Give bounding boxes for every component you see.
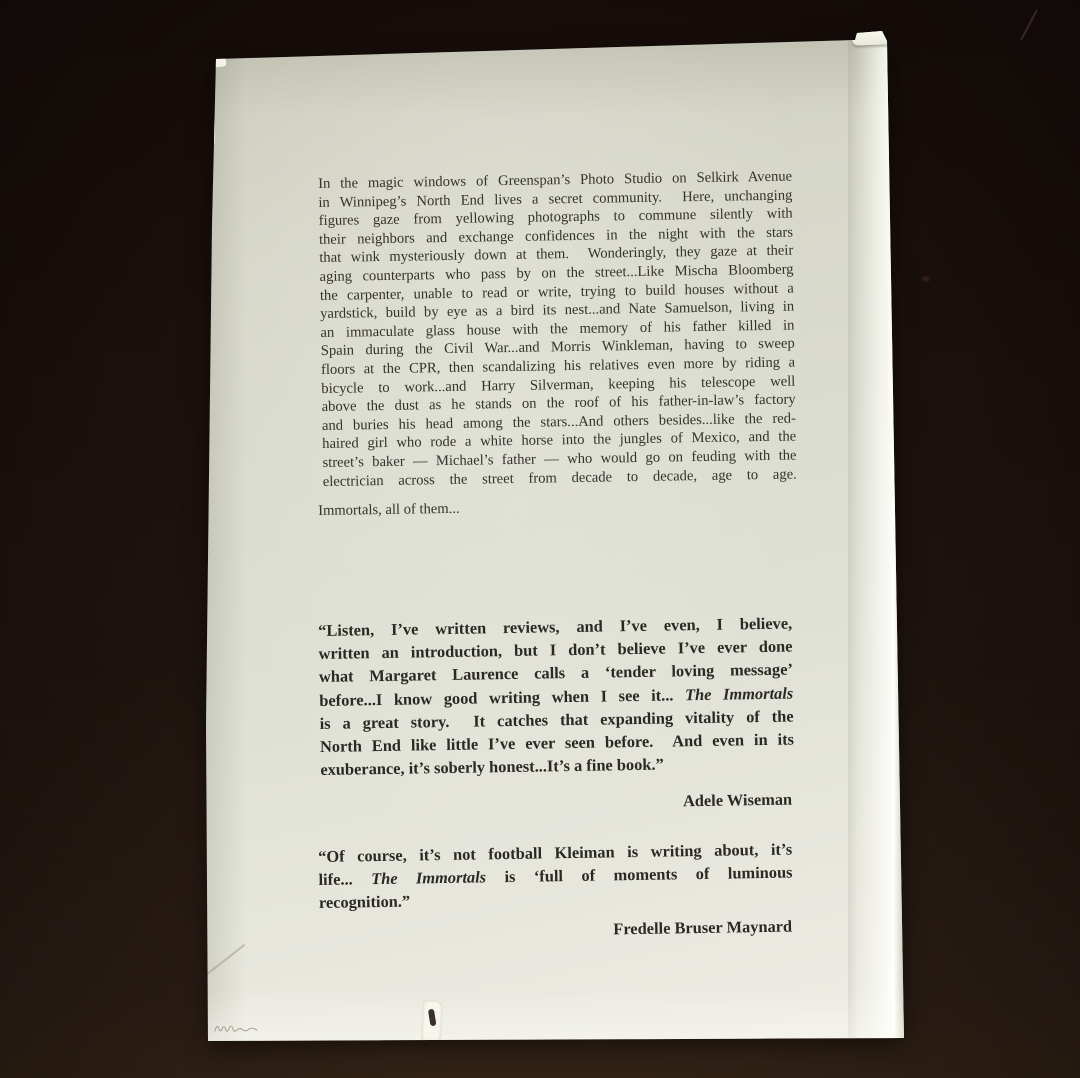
jacket-tear-bottom	[421, 1000, 443, 1043]
dust-jacket-back-cover: In the magic windows of Greenspan’s Phot…	[200, 25, 912, 1047]
jacket-top-shading	[200, 25, 912, 115]
photo-of-book-back-cover: In the magic windows of Greenspan’s Phot…	[0, 0, 1080, 1078]
blurb-adele-wiseman: “Listen, I’ve written reviews, and I’ve …	[318, 612, 794, 782]
worn-corner-chip-top-left	[210, 55, 226, 68]
background-speck	[922, 276, 930, 282]
background-scratch	[1020, 10, 1038, 41]
blurb-attribution-adele-wiseman: Adele Wiseman	[318, 790, 792, 817]
jacket-left-shading	[200, 25, 246, 1047]
worn-edge-chip-left	[209, 117, 215, 145]
tagline: Immortals, all of them...	[318, 495, 792, 521]
jacket-tear-dark-notch	[428, 1009, 437, 1027]
blurb-fredelle-bruser-maynard: “Of course, it’s not football Kleiman is…	[318, 838, 793, 915]
pencil-scribble	[213, 1018, 259, 1036]
curled-corner-top-right	[852, 28, 889, 45]
worn-edge-chip-left	[208, 173, 213, 191]
book: In the magic windows of Greenspan’s Phot…	[200, 25, 912, 1047]
blurb-attribution-fredelle-bruser-maynard: Fredelle Bruser Maynard	[318, 917, 792, 944]
jacket-bottom-sheen	[200, 987, 912, 1047]
jacket-right-fold-highlight	[848, 25, 904, 1047]
synopsis-paragraph: In the magic windows of Greenspan’s Phot…	[318, 168, 797, 492]
